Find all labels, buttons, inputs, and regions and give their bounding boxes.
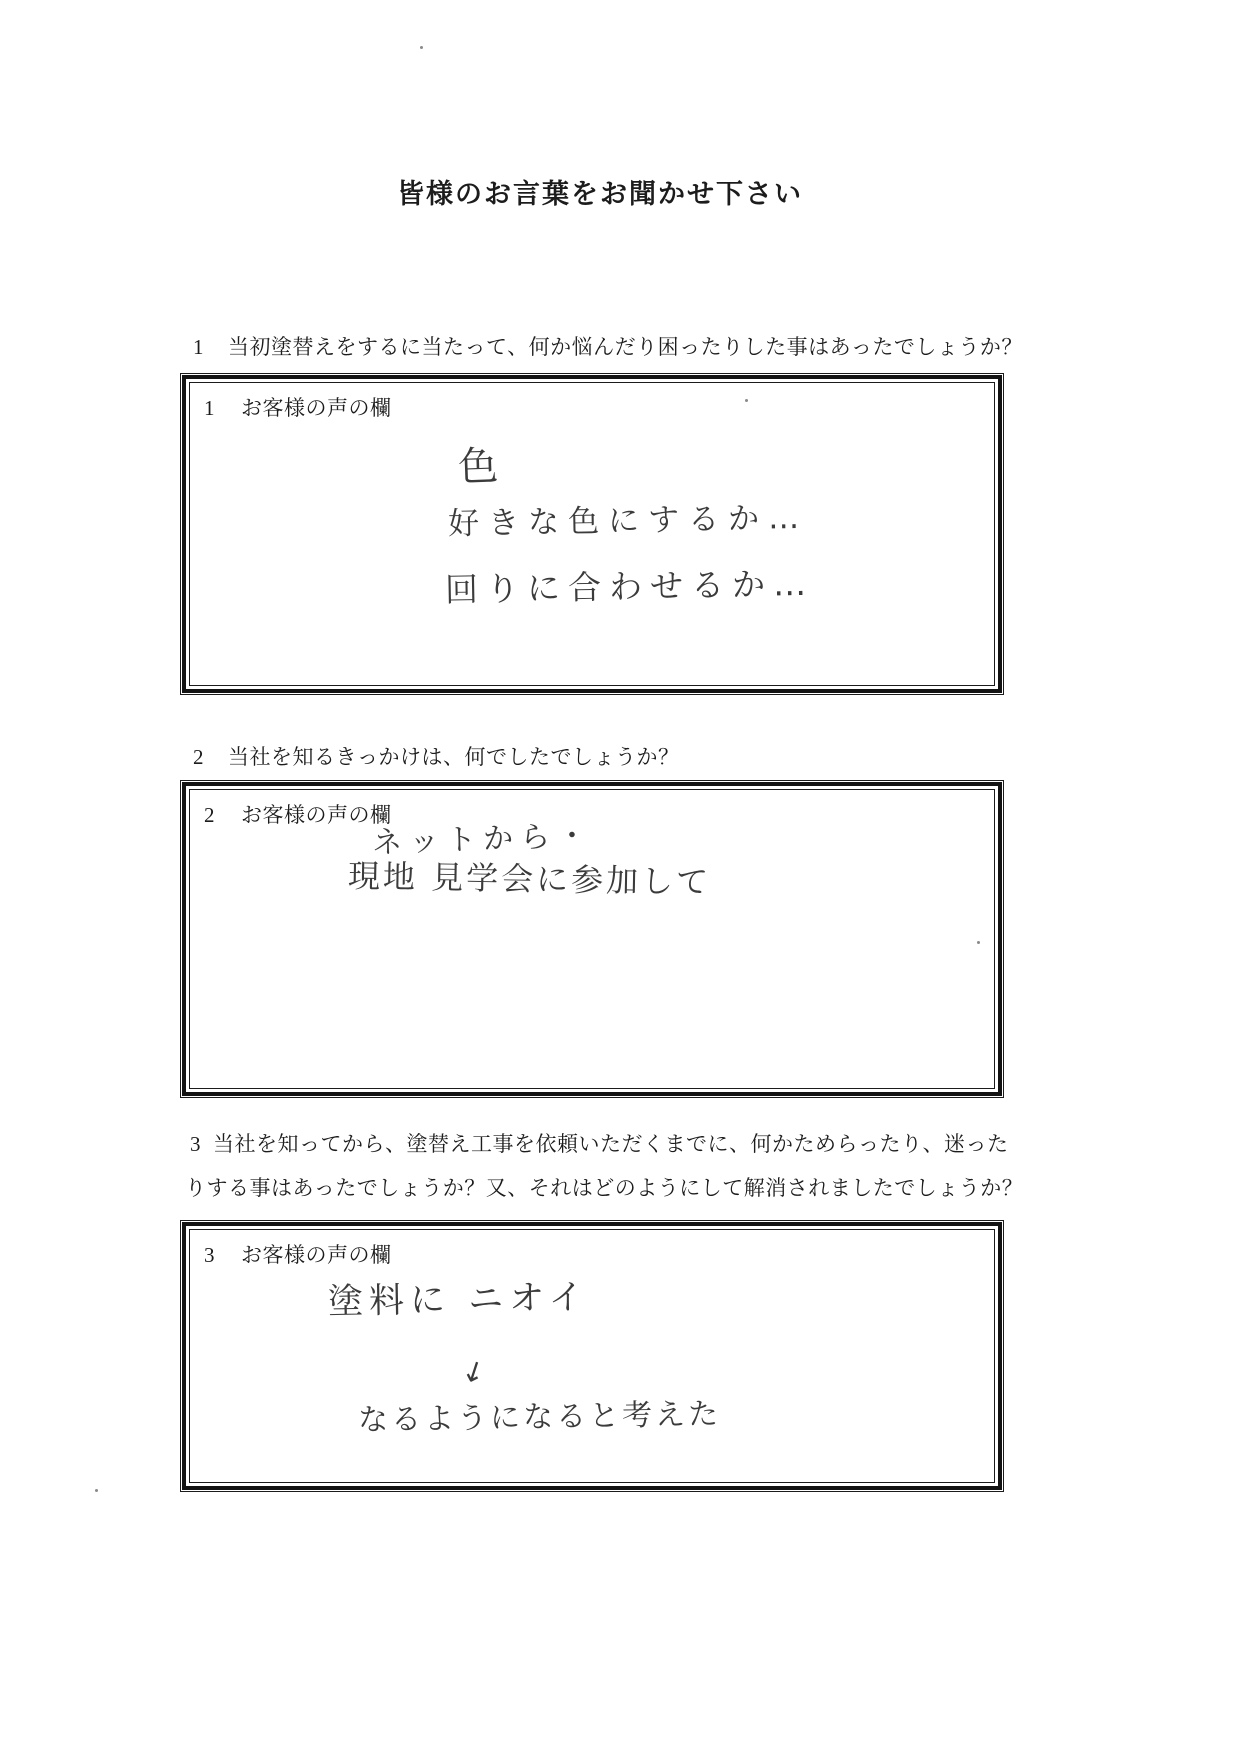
answer-box-1-frame: 1お客様の声の欄 色 好きな色にするか… 回りに合わせるか… [182, 375, 1002, 693]
handwritten-answer-line: なるようになると考えた [358, 1389, 722, 1439]
question-3-text-line-2: りする事はあったでしょうか？又、それはどのようにして解消されましたでしょうか？ [185, 1176, 1023, 1200]
question-3-line-2: りする事はあったでしょうか？又、それはどのようにして解消されましたでしょうか？ [185, 1172, 1023, 1202]
answer-box-3-header-label: お客様の声の欄 [241, 1243, 392, 1267]
question-3-text-line-1: 当社を知ってから、塗替え工事を依頼いただくまでに、何かためらったり、迷った [213, 1132, 1009, 1156]
answer-box-1-header: 1お客様の声の欄 [204, 392, 392, 422]
answer-box-1-area: 1お客様の声の欄 色 好きな色にするか… 回りに合わせるか… [189, 382, 995, 686]
scan-speck [420, 46, 423, 49]
handwritten-answer-line: 塗料に ニオイ [328, 1270, 590, 1325]
handwritten-answer-line: 色 [457, 434, 499, 492]
scan-speck [95, 1489, 98, 1492]
answer-box-3-frame: 3お客様の声の欄 塗料に ニオイ ↓ なるようになると考えた [182, 1222, 1002, 1490]
handwritten-answer-line: 回りに合わせるか… [445, 558, 815, 611]
answer-box-3: 3お客様の声の欄 塗料に ニオイ ↓ なるようになると考えた [180, 1220, 1004, 1492]
handwritten-arrow-down: ↓ [457, 1353, 490, 1392]
page-title: 皆様のお言葉をお聞かせ下さい [0, 172, 1200, 211]
question-1: 1当初塗替えをするに当たって、何か悩んだり困ったりした事はあったでしょうか？ [193, 331, 1023, 361]
answer-box-3-header: 3お客様の声の欄 [204, 1239, 392, 1269]
answer-box-2-header: 2お客様の声の欄 [204, 799, 392, 829]
question-2: 2当社を知るきっかけは、何でしたでしょうか？ [193, 741, 680, 771]
question-1-number: 1 [193, 335, 204, 360]
answer-box-2-area: 2お客様の声の欄 ネットから・ 現地 見学会に参加して [189, 789, 995, 1089]
question-1-text: 当初塗替えをするに当たって、何か悩んだり困ったりした事はあったでしょうか？ [228, 335, 1023, 359]
answer-box-2-header-label: お客様の声の欄 [241, 803, 392, 827]
answer-box-2-frame: 2お客様の声の欄 ネットから・ 現地 見学会に参加して [182, 782, 1002, 1096]
scan-speck [745, 399, 748, 402]
question-3-number: 3 [190, 1132, 201, 1157]
question-2-text: 当社を知るきっかけは、何でしたでしょうか？ [228, 745, 680, 769]
answer-box-2-header-number: 2 [204, 803, 215, 828]
answer-box-3-area: 3お客様の声の欄 塗料に ニオイ ↓ なるようになると考えた [189, 1229, 995, 1483]
handwritten-answer-line: 現地 見学会に参加して [348, 851, 712, 903]
answer-box-3-header-number: 3 [204, 1243, 215, 1268]
handwritten-answer-line: 好きな色にするか… [448, 492, 809, 543]
answer-box-1: 1お客様の声の欄 色 好きな色にするか… 回りに合わせるか… [180, 373, 1004, 695]
question-2-number: 2 [193, 745, 204, 770]
answer-box-1-header-label: お客様の声の欄 [241, 396, 392, 420]
question-3-line-1: 3当社を知ってから、塗替え工事を依頼いただくまでに、何かためらったり、迷った [190, 1128, 1009, 1158]
answer-box-1-header-number: 1 [204, 396, 215, 421]
answer-box-2: 2お客様の声の欄 ネットから・ 現地 見学会に参加して [180, 780, 1004, 1098]
scan-speck [977, 941, 980, 944]
scanned-questionnaire-page: 皆様のお言葉をお聞かせ下さい 1当初塗替えをするに当たって、何か悩んだり困ったり… [0, 0, 1240, 1754]
